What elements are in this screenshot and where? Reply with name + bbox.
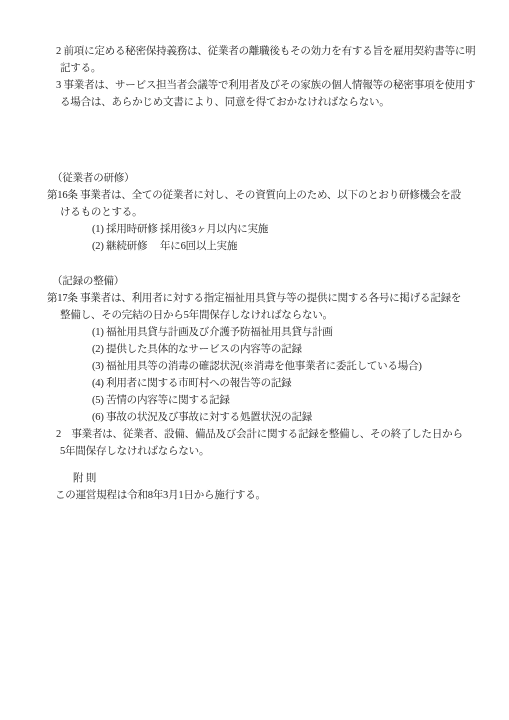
section-heading-records: （記録の整備） — [52, 273, 473, 290]
article-17-item-2: (2) 提供した具体的なサービスの内容等の記録 — [92, 341, 473, 358]
article-17-paragraph-2-line1: 2 事業者は、従業者、設備、備品及び会計に関する記録を整備し、その終了した日から — [56, 426, 473, 443]
article-17-item-6: (6) 事故の状況及び事故に対する処置状況の記録 — [92, 409, 473, 426]
article-17-item-5: (5) 苦情の内容等に関する記録 — [92, 392, 473, 409]
paragraph-2-secrecy-line1: 2 前項に定める秘密保持義務は、従業者の離職後もその効力を有する旨を雇用契約書等… — [56, 43, 473, 60]
article-16-item-1: (1) 採用時研修 採用後3ヶ月以内に実施 — [92, 221, 473, 238]
article-17-item-4: (4) 利用者に関する市町村への報告等の記録 — [92, 375, 473, 392]
article-17-item-1: (1) 福祉用具貸与計画及び介護予防福祉用具貸与計画 — [92, 324, 473, 341]
document-page: 2 前項に定める秘密保持義務は、従業者の離職後もその効力を有する旨を雇用契約書等… — [0, 0, 509, 720]
article-17-line2: 整備し、その完結の日から5年間保存しなければならない。 — [60, 307, 473, 324]
article-17-paragraph-2-line2: 5年間保存しなければならない。 — [60, 443, 473, 460]
article-17-line1: 第17条 事業者は、利用者に対する指定福祉用具貸与等の提供に関する各号に掲げる記… — [47, 290, 473, 307]
section-heading-training: （従業者の研修） — [52, 170, 473, 187]
paragraph-2-secrecy-line2: 記する。 — [60, 60, 473, 77]
effective-date-line: この運営規程は令和8年3月1日から施行する。 — [55, 487, 473, 504]
article-16-item-2: (2) 継続研修 年に6回以上実施 — [92, 238, 473, 255]
paragraph-3-consent-line1: 3 事業者は、サービス担当者会議等で利用者及びその家族の個人情報等の秘密事項を使… — [56, 77, 473, 94]
article-16-line2: けるものとする。 — [60, 204, 473, 221]
article-17-item-3: (3) 福祉用具等の消毒の確認状況(※消毒を他事業者に委託している場合) — [92, 358, 473, 375]
supplementary-provisions-heading: 附 則 — [73, 470, 473, 487]
paragraph-3-consent-line2: る場合は、あらかじめ文書により、同意を得ておかなければならない。 — [60, 94, 473, 111]
article-16-line1: 第16条 事業者は、全ての従業者に対し、その資質向上のため、以下のとおり研修機会… — [47, 187, 473, 204]
